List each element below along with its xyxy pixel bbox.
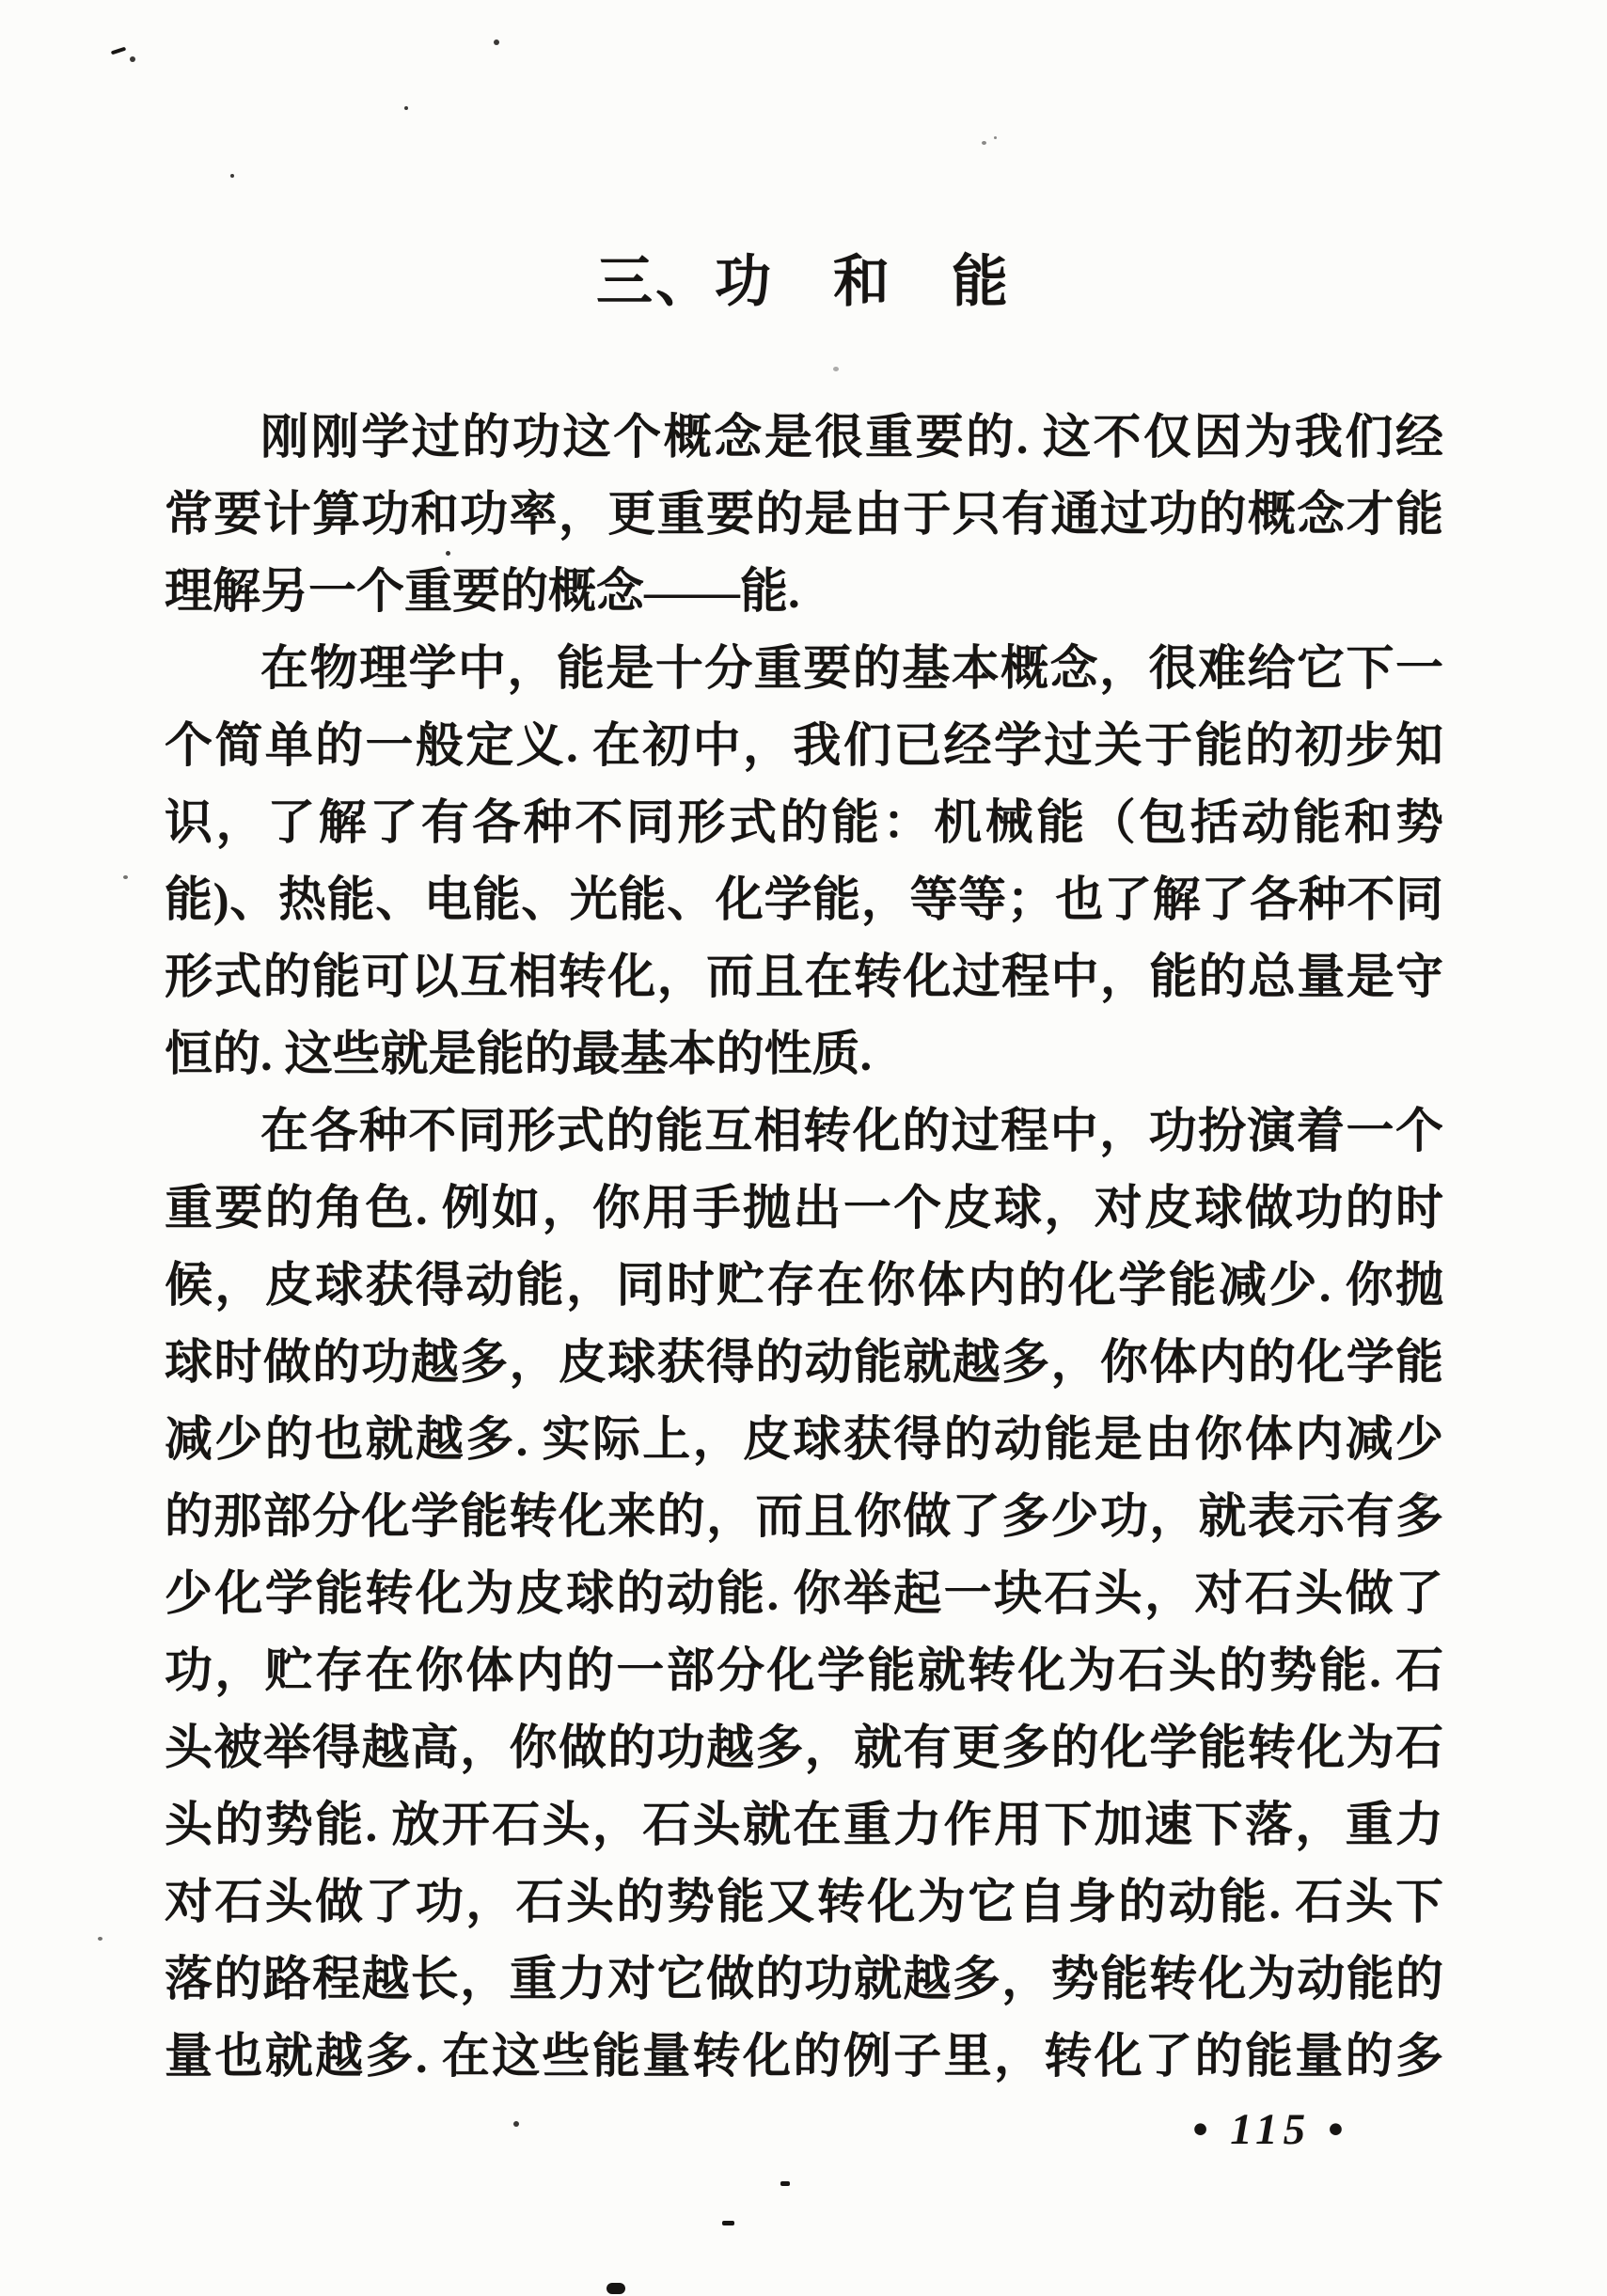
scan-speck xyxy=(583,1350,588,1354)
scan-speck xyxy=(722,2221,734,2225)
text-line: 量也就越多. 在这些能量转化的例子里，转化了的能量的多 xyxy=(165,2019,1443,2096)
scan-speck xyxy=(833,367,839,371)
text-line: 头的势能. 放开石头，石头就在重力作用下加速下落，重力 xyxy=(165,1787,1443,1864)
text-line: 在物理学中，能是十分重要的基本概念，很难给它下一 xyxy=(165,631,1443,708)
text-line: 少化学能转化为皮球的动能. 你举起一块石头，对石头做了 xyxy=(165,1556,1443,1633)
scan-speck xyxy=(780,2181,790,2186)
pen-mark-icon xyxy=(111,47,126,55)
scan-speck xyxy=(994,136,997,139)
text-line: 功，贮存在你体内的一部分化学能就转化为石头的势能. 石 xyxy=(165,1633,1443,1710)
text-line: 头被举得越高，你做的功越多，就有更多的化学能转化为石 xyxy=(165,1710,1443,1787)
scan-speck xyxy=(607,2283,625,2294)
scan-speck xyxy=(446,551,450,556)
page-number: • 115 • xyxy=(1192,2104,1348,2155)
text-line: 理解另一个重要的概念——能. xyxy=(165,554,1443,631)
text-line: 落的路程越长，重力对它做的功就越多，势能转化为动能的 xyxy=(165,1942,1443,2019)
text-line: 对石头做了功，石头的势能又转化为它自身的动能. 石头下 xyxy=(165,1864,1443,1942)
scan-speck xyxy=(404,106,408,110)
text-line: 在各种不同形式的能互相转化的过程中，功扮演着一个 xyxy=(165,1093,1443,1171)
book-page: 三、功 和 能 刚刚学过的功这个概念是很重要的. 这不仅因为我们经常要计算功和功… xyxy=(0,0,1607,2296)
text-line: 个简单的一般定义. 在初中，我们已经学过关于能的初步知 xyxy=(165,708,1443,785)
text-line: 的那部分化学能转化来的，而且你做了多少功，就表示有多 xyxy=(165,1479,1443,1556)
text-line: 能)、热能、电能、光能、化学能，等等；也了解了各种不同 xyxy=(165,862,1443,939)
scan-speck xyxy=(1407,899,1411,904)
scan-speck xyxy=(123,875,128,879)
scan-speck xyxy=(982,141,986,145)
text-line: 形式的能可以互相转化，而且在转化过程中，能的总量是守 xyxy=(165,939,1443,1016)
text-line: 刚刚学过的功这个概念是很重要的. 这不仅因为我们经 xyxy=(165,400,1443,477)
scan-speck xyxy=(130,56,135,62)
text-line: 恒的. 这些就是能的最基本的性质. xyxy=(165,1016,1443,1093)
text-line: 常要计算功和功率，更重要的是由于只有通过功的概念才能 xyxy=(165,477,1443,554)
section-title: 三、功 和 能 xyxy=(0,237,1607,318)
scan-speck xyxy=(1422,1493,1427,1497)
text-line: 球时做的功越多，皮球获得的动能就越多，你体内的化学能 xyxy=(165,1325,1443,1402)
text-line: 重要的角色. 例如，你用手抛出一个皮球，对皮球做功的时 xyxy=(165,1171,1443,1248)
scan-speck xyxy=(98,1937,102,1941)
text-line: 减少的也就越多. 实际上，皮球获得的动能是由你体内减少 xyxy=(165,1402,1443,1479)
scan-speck xyxy=(494,39,499,45)
scan-speck xyxy=(230,174,234,178)
scan-speck xyxy=(513,2121,519,2127)
text-line: 识，了解了有各种不同形式的能：机械能（包括动能和势 xyxy=(165,785,1443,862)
text-line: 候，皮球获得动能，同时贮存在你体内的化学能减少. 你抛 xyxy=(165,1248,1443,1325)
text-block: 刚刚学过的功这个概念是很重要的. 这不仅因为我们经常要计算功和功率，更重要的是由… xyxy=(165,400,1443,2096)
